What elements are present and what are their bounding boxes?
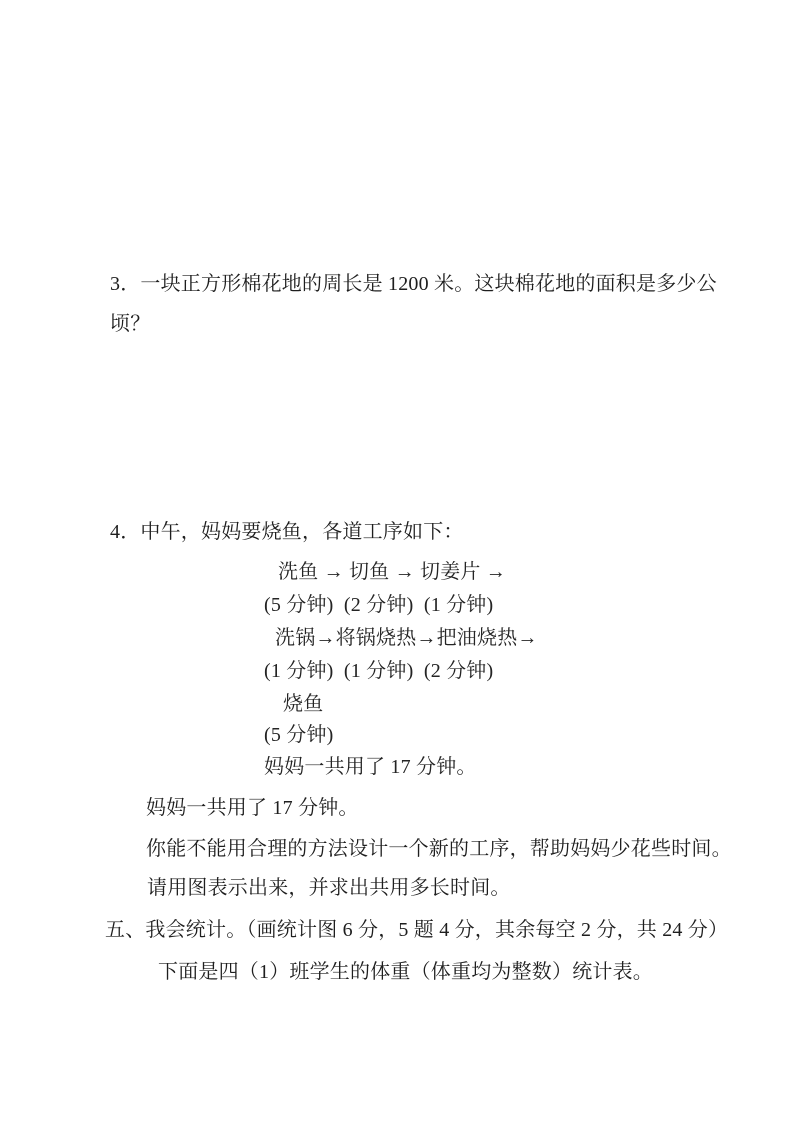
procedure-row1-times: (5 分钟) (2 分钟) (1 分钟): [264, 593, 493, 617]
problem-4-summary: 妈妈一共用了 17 分钟。: [146, 796, 359, 820]
section-5-title: 五、我会统计。（画统计图 6 分，5 题 4 分，其余每空 2 分，共 24 分…: [105, 918, 728, 942]
procedure-row3-step: 烧鱼: [283, 692, 323, 716]
procedure-row2-times: (1 分钟) (1 分钟) (2 分钟): [264, 659, 493, 683]
procedure-row3-time: (5 分钟): [264, 723, 334, 747]
problem-3-text-line-1: 3．一块正方形棉花地的周长是 1200 米。这块棉花地的面积是多少公: [110, 272, 717, 296]
procedure-total-note: 妈妈一共用了 17 分钟。: [264, 755, 477, 779]
problem-4-title: 4．中午，妈妈要烧鱼，各道工序如下：: [110, 520, 464, 544]
procedure-row1-steps: 洗鱼 → 切鱼 → 切姜片 →: [278, 560, 506, 584]
problem-4-question-line-1: 你能不能用合理的方法设计一个新的工序，帮助妈妈少花些时间。: [146, 837, 732, 861]
problem-4-question-line-2: 请用图表示出来，并求出共用多长时间。: [147, 876, 511, 900]
section-5-intro: 下面是四（1）班学生的体重（体重均为整数）统计表。: [158, 960, 653, 984]
exam-paper-page: 3．一块正方形棉花地的周长是 1200 米。这块棉花地的面积是多少公 顷？ 4．…: [0, 0, 793, 1122]
problem-3-text-line-2: 顷？: [110, 312, 150, 336]
procedure-row2-steps: 洗锅→将锅烧热→把油烧热→: [275, 626, 538, 650]
